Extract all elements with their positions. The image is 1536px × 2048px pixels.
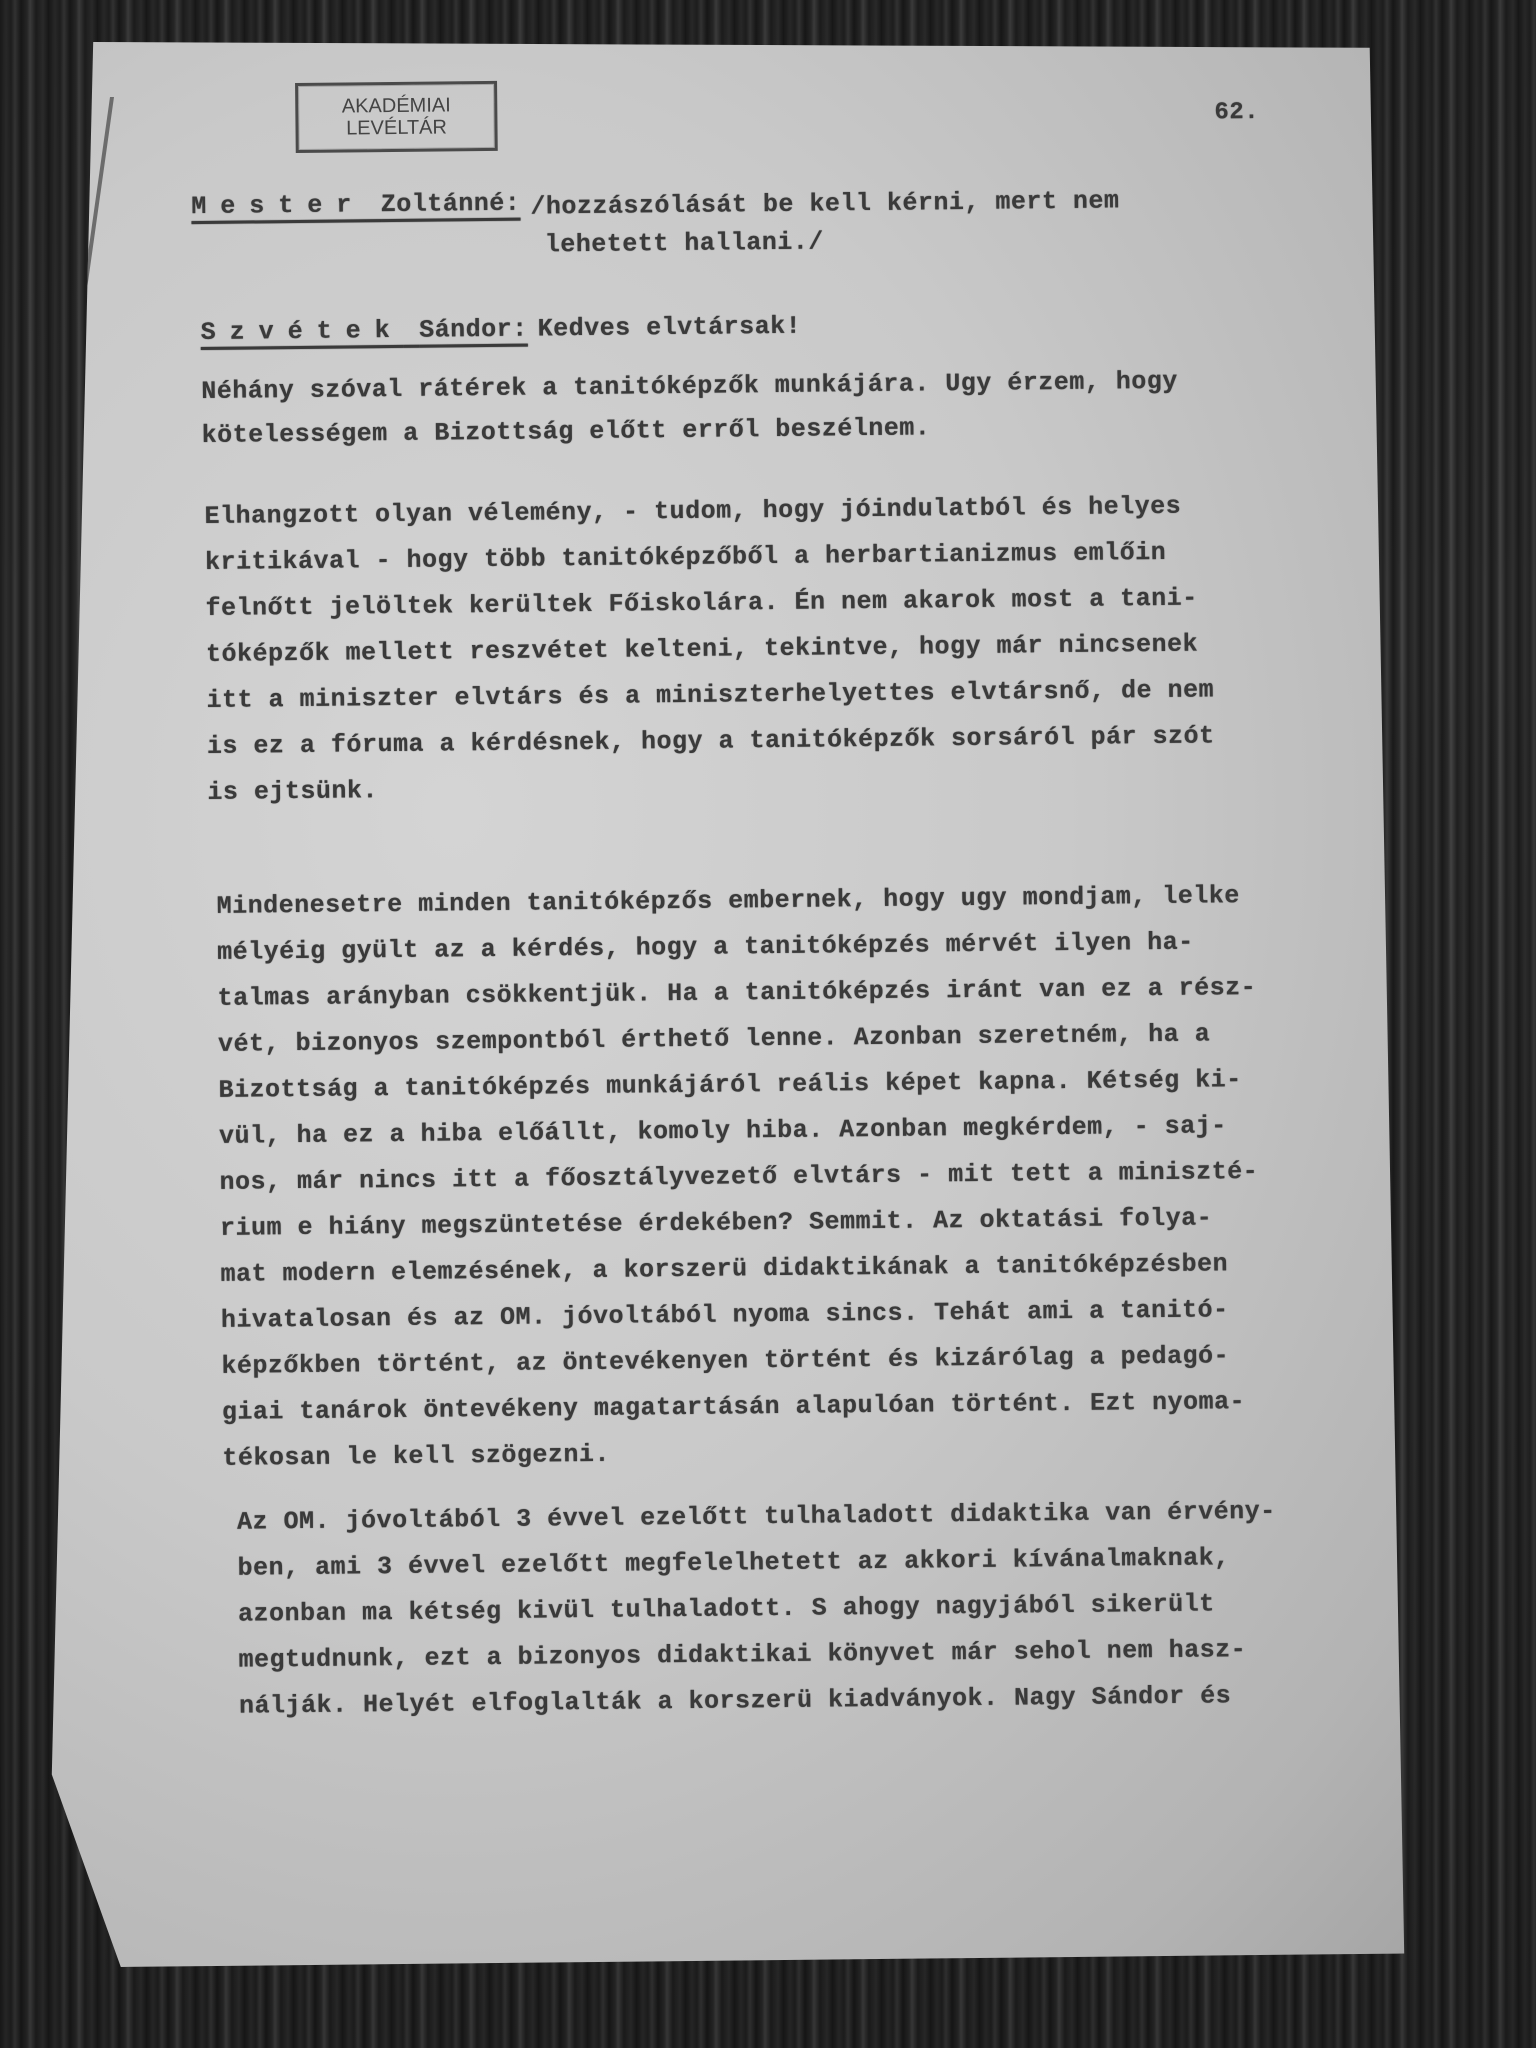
speaker-name: Mester Zoltánné: — [191, 189, 520, 221]
speaker-opening: Kedves elvtársak! — [538, 312, 802, 344]
remark-line: /hozzászólását be kell kérni, mert nem — [530, 182, 1119, 226]
stamp-line-1: AKADÉMIAI — [342, 94, 451, 117]
page-number: 62. — [1214, 99, 1259, 126]
speaker-name: Szvétek Sándor: — [200, 315, 527, 347]
stamp-line-2: LEVÉLTÁR — [346, 116, 447, 139]
paper-fold-crease — [75, 97, 114, 347]
paragraph: Elhangzott olyan vélemény, - tudom, hogy… — [204, 483, 1215, 816]
archive-stamp: AKADÉMIAI LEVÉLTÁR — [295, 81, 498, 153]
paper-fold-crease-lower — [47, 182, 90, 328]
speaker-surname: Szvétek — [200, 316, 403, 347]
paragraph: Mindenesetre minden tanitóképzős emberne… — [216, 873, 1261, 1482]
paragraph: Az OM. jóvoltából 3 évvel ezelőtt tulhal… — [237, 1489, 1278, 1730]
speaker-surname: Mester — [191, 190, 365, 221]
speaker-given-name: Sándor: — [419, 315, 528, 345]
remark-line: lehetett hallani./ — [531, 220, 1120, 264]
paragraph: Néhány szóval rátérek a tanitóképzők mun… — [201, 360, 1179, 458]
speaker-entry-mester: Mester Zoltánné: /hozzászólását be kell … — [191, 182, 1120, 268]
speaker-remark: /hozzászólását be kell kérni, mert nem l… — [530, 182, 1120, 264]
speaker-given-name: Zoltánné: — [381, 189, 521, 219]
